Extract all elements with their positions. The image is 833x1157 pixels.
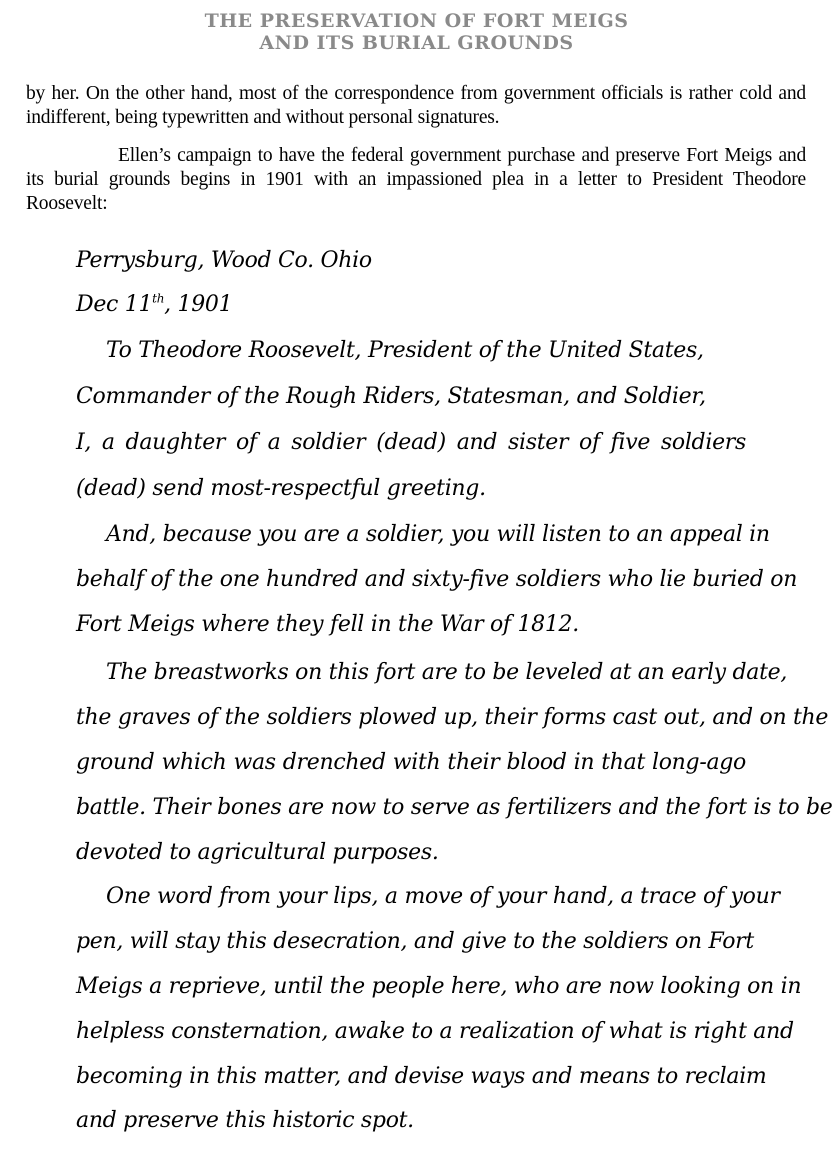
letter-line: And, because you are a soldier, you will… bbox=[76, 522, 770, 547]
letter-line: helpless consternation, awake to a reali… bbox=[76, 1019, 794, 1044]
header-title-line-1: THE PRESERVATION OF FORT MEIGS bbox=[0, 10, 833, 32]
letter-date-day: Dec 11 bbox=[76, 292, 152, 317]
letter-line: devoted to agricultural purposes. bbox=[76, 840, 439, 865]
letter-line: becoming in this matter, and devise ways… bbox=[76, 1064, 746, 1089]
letter-line: Commander of the Rough Riders, Statesman… bbox=[76, 384, 706, 409]
header-title-line-2: AND ITS BURIAL GROUNDS bbox=[0, 32, 833, 54]
letter-line: battle. Their bones are now to serve as … bbox=[76, 795, 833, 820]
page-header: THE PRESERVATION OF FORT MEIGS AND ITS B… bbox=[0, 10, 833, 54]
letter-line: the graves of the soldiers plowed up, th… bbox=[76, 705, 828, 730]
letter-date-ordinal: th bbox=[152, 292, 164, 306]
letter-line: pen, will stay this desecration, and giv… bbox=[76, 929, 746, 954]
letter-line: I, a daughter of a soldier (dead) and si… bbox=[76, 430, 746, 455]
letter-date-year: , 1901 bbox=[164, 292, 232, 317]
letter-line: and preserve this historic spot. bbox=[76, 1108, 414, 1133]
letter-line: (dead) send most-respectful greeting. bbox=[76, 476, 486, 501]
letter-line: The breastworks on this fort are to be l… bbox=[76, 660, 787, 685]
letter-place: Perrysburg, Wood Co. Ohio bbox=[76, 248, 372, 273]
letter-date: Dec 11th, 1901 bbox=[76, 292, 232, 317]
body-paragraph-1: by her. On the other hand, most of the c… bbox=[26, 82, 806, 130]
body-paragraph-2: Ellen’s campaign to have the federal gov… bbox=[26, 144, 806, 216]
letter-line: One word from your lips, a move of your … bbox=[76, 884, 780, 909]
letter-line: Fort Meigs where they fell in the War of… bbox=[76, 612, 579, 637]
letter-line: Meigs a reprieve, until the people here,… bbox=[76, 974, 801, 999]
letter-line: behalf of the one hundred and sixty-five… bbox=[76, 567, 797, 592]
letter-line: To Theodore Roosevelt, President of the … bbox=[76, 338, 704, 363]
letter-line: ground which was drenched with their blo… bbox=[76, 750, 746, 775]
